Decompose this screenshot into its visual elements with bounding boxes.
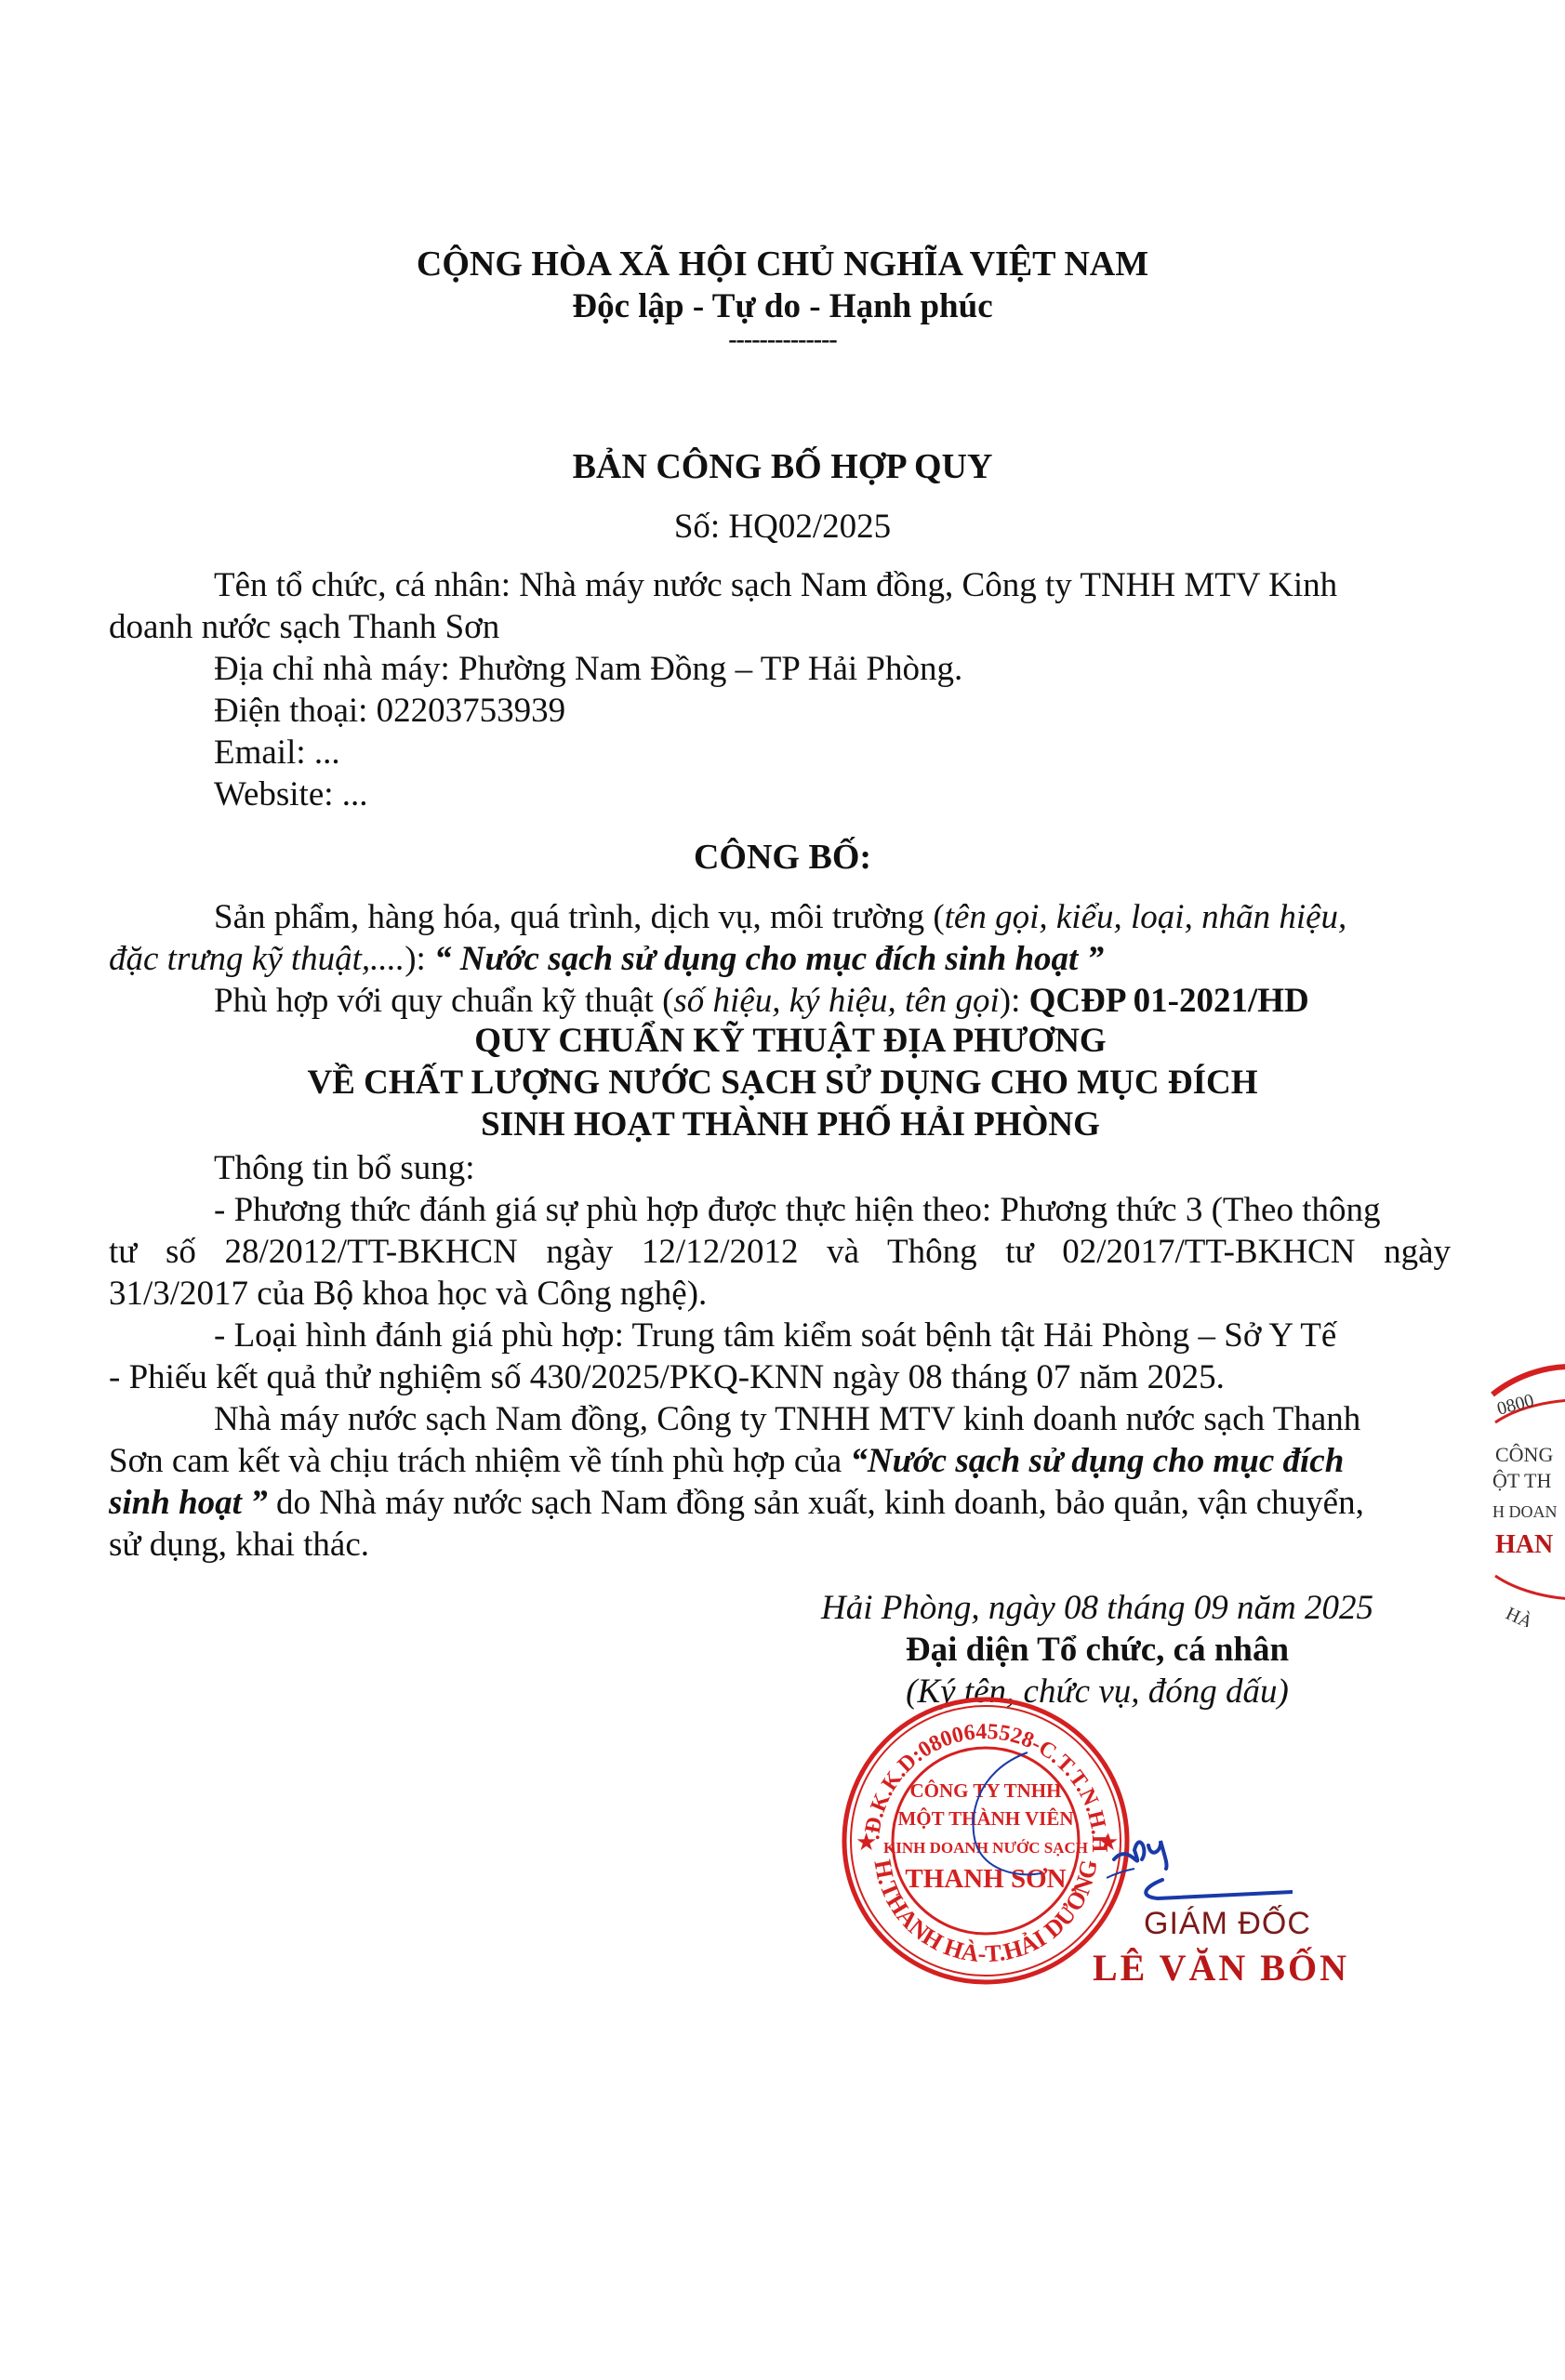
org-name-line1: Tên tổ chức, cá nhân: Nhà máy nước sạch …: [214, 564, 1451, 606]
commitment-product-name-part1: “Nước sạch sử dụng cho mục đích: [850, 1442, 1344, 1480]
org-website: Website: ...: [214, 773, 1451, 815]
handwritten-signature-icon: [1107, 1822, 1293, 1906]
svg-text:CÔNG: CÔNG: [1495, 1443, 1553, 1466]
product-line1: Sản phẩm, hàng hóa, quá trình, dịch vụ, …: [214, 896, 1451, 938]
edge-stamp-fragment-icon: 0800 CÔNG ỘT TH H DOAN HAN HÀ: [1488, 1357, 1565, 1627]
product-line1-plain: Sản phẩm, hàng hóa, quá trình, dịch vụ, …: [214, 898, 945, 936]
representative-label: Đại diện Tổ chức, cá nhân: [790, 1629, 1404, 1671]
national-motto: Độc lập - Tự do - Hạnh phúc: [0, 286, 1565, 326]
svg-text:HAN: HAN: [1495, 1530, 1553, 1559]
additional-heading: Thông tin bổ sung:: [214, 1147, 1451, 1189]
svg-text:H DOAN: H DOAN: [1492, 1502, 1558, 1521]
standard-title-line2: VỀ CHẤT LƯỢNG NƯỚC SẠCH SỬ DỤNG CHO MỤC …: [0, 1063, 1565, 1103]
method-line3: 31/3/2017 của Bộ khoa học và Công nghệ).: [109, 1273, 1451, 1315]
commitment-line2-plain: Sơn cam kết và chịu trách nhiệm về tính …: [109, 1442, 850, 1480]
commitment-product-name-part2: sinh hoạt ”: [109, 1484, 268, 1522]
org-name-line2: doanh nước sạch Thanh Sơn: [109, 606, 1451, 648]
svg-text:MỘT THÀNH VIÊN: MỘT THÀNH VIÊN: [897, 1807, 1073, 1830]
commitment-line3: sinh hoạt ” do Nhà máy nước sạch Nam đồn…: [109, 1482, 1451, 1524]
document-number: Số: HQ02/2025: [0, 507, 1565, 547]
signer-name: LÊ VĂN BỐN: [1093, 1946, 1349, 1990]
document-page: CỘNG HÒA XÃ HỘI CHỦ NGHĨA VIỆT NAM Độc l…: [0, 0, 1565, 2380]
place-date: Hải Phòng, ngày 08 tháng 09 năm 2025: [790, 1587, 1404, 1629]
national-title: CỘNG HÒA XÃ HỘI CHỦ NGHĨA VIỆT NAM: [0, 244, 1565, 284]
svg-text:0800: 0800: [1495, 1390, 1536, 1420]
product-line2: đặc trưng kỹ thuật,....): “ Nước sạch sử…: [109, 938, 1451, 980]
assessment-type-line2: - Phiếu kết quả thử nghiệm số 430/2025/P…: [109, 1356, 1451, 1398]
commitment-line4: sử dụng, khai thác.: [109, 1524, 1451, 1566]
standard-plain: Phù hợp với quy chuẩn kỹ thuật (: [214, 982, 673, 1020]
header-divider: --------------: [0, 325, 1565, 355]
standard-plain2: ):: [1000, 982, 1029, 1020]
commitment-line3-plain: do Nhà máy nước sạch Nam đồng sản xuất, …: [268, 1484, 1364, 1522]
svg-text:HÀ: HÀ: [1503, 1603, 1536, 1627]
svg-text:THANH SƠN: THANH SƠN: [905, 1864, 1066, 1894]
method-line1: - Phương thức đánh giá sự phù hợp được t…: [214, 1189, 1451, 1231]
company-stamp-icon: S.Đ.K.K.D:0800645528-C.T.T.N.H.H H.THANH…: [837, 1687, 1134, 1985]
standard-title-line1: QUY CHUẨN KỸ THUẬT ĐỊA PHƯƠNG: [0, 1021, 1565, 1061]
svg-text:KINH DOANH NƯỚC SẠCH: KINH DOANH NƯỚC SẠCH: [883, 1839, 1088, 1857]
standard-line: Phù hợp với quy chuẩn kỹ thuật (số hiệu,…: [214, 980, 1451, 1022]
declaration-heading: CÔNG BỐ:: [0, 837, 1565, 878]
standard-italic: số hiệu, ký hiệu, tên gọi: [673, 982, 999, 1020]
commitment-line2: Sơn cam kết và chịu trách nhiệm về tính …: [109, 1440, 1451, 1482]
method-line2: tư số 28/2012/TT-BKHCN ngày 12/12/2012 v…: [109, 1231, 1451, 1273]
product-line1-italic: tên gọi, kiểu, loại, nhãn hiệu,: [945, 898, 1347, 936]
product-line2-italic: đặc trưng kỹ thuật,....: [109, 940, 405, 978]
standard-title-line3: SINH HOẠT THÀNH PHỐ HẢI PHÒNG: [0, 1104, 1565, 1144]
signer-position: GIÁM ĐỐC: [1144, 1906, 1311, 1942]
svg-text:ỘT TH: ỘT TH: [1492, 1469, 1551, 1492]
org-phone: Điện thoại: 02203753939: [214, 690, 1451, 732]
document-title: BẢN CÔNG BỐ HỢP QUY: [0, 446, 1565, 487]
org-email: Email: ...: [214, 732, 1451, 773]
commitment-line1: Nhà máy nước sạch Nam đồng, Công ty TNHH…: [214, 1398, 1451, 1440]
product-line2-plain: ):: [405, 940, 434, 978]
standard-code: QCĐP 01-2021/HD: [1029, 982, 1309, 1020]
org-address: Địa chỉ nhà máy: Phường Nam Đồng – TP Hả…: [214, 648, 1451, 690]
product-name: “ Nước sạch sử dụng cho mục đích sinh ho…: [434, 940, 1104, 978]
svg-text:★: ★: [855, 1829, 877, 1856]
assessment-type-line1: - Loại hình đánh giá phù hợp: Trung tâm …: [214, 1315, 1451, 1356]
